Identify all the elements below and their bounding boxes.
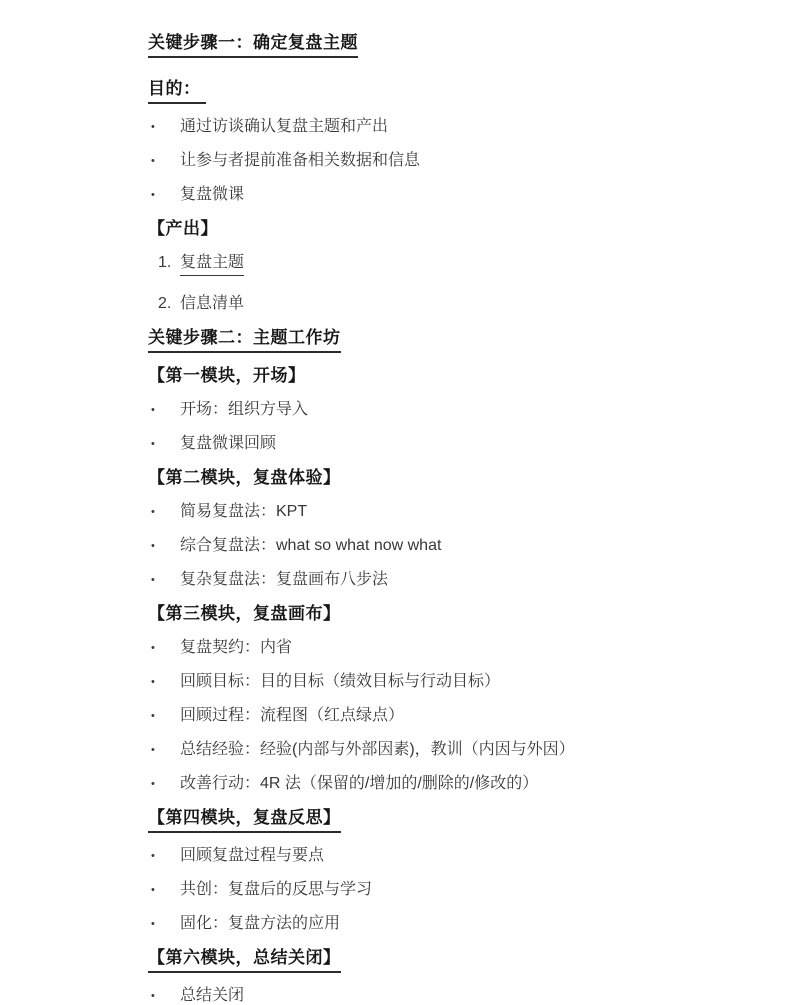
bullet-marker: • (148, 433, 180, 455)
bullet-text: 综合复盘法：what so what now what (180, 535, 441, 557)
bullet-item: •通过访谈确认复盘主题和产出 (148, 116, 740, 138)
bullet-text: 复盘微课 (180, 184, 244, 206)
bullet-item: •复盘微课 (148, 184, 740, 206)
bullet-text: 总结关闭 (180, 985, 244, 1005)
bullet-marker: • (148, 773, 180, 795)
heading-row: 【产出】 (148, 218, 740, 240)
heading-row: 关键步骤一：确定复盘主题 (148, 32, 740, 58)
bullet-text: 复盘微课回顾 (180, 433, 276, 455)
bullet-marker: • (148, 879, 180, 901)
bullet-text: 简易复盘法：KPT (180, 501, 307, 523)
heading-row: 【第六模块，总结关闭】 (148, 947, 740, 973)
bullet-text: 回顾复盘过程与要点 (180, 845, 324, 867)
number-label: 2. (158, 293, 180, 315)
bullet-text: 总结经验：经验(内部与外部因素)，教训（内因与外因） (180, 739, 575, 761)
bullet-marker: • (148, 705, 180, 727)
number-label: 1. (158, 252, 180, 274)
heading-text: 【第二模块，复盘体验】 (148, 467, 341, 489)
bullet-text: 共创：复盘后的反思与学习 (180, 879, 372, 901)
bullet-item: •总结关闭 (148, 985, 740, 1005)
bullet-item: •回顾目标：目的目标（绩效目标与行动目标） (148, 671, 740, 693)
bullet-marker: • (148, 150, 180, 172)
bullet-marker: • (148, 739, 180, 761)
bullet-item: •开场：组织方导入 (148, 399, 740, 421)
bullet-text: 回顾目标：目的目标（绩效目标与行动目标） (180, 671, 500, 693)
bullet-item: •共创：复盘后的反思与学习 (148, 879, 740, 901)
heading-row: 关键步骤二：主题工作坊 (148, 327, 740, 353)
bullet-marker: • (148, 985, 180, 1005)
bullet-item: •回顾复盘过程与要点 (148, 845, 740, 867)
bullet-text: 复盘契约：内省 (180, 637, 292, 659)
document-page: 关键步骤一：确定复盘主题目的： •通过访谈确认复盘主题和产出•让参与者提前准备相… (0, 0, 800, 1005)
heading-row: 【第二模块，复盘体验】 (148, 467, 740, 489)
heading-text: 关键步骤二：主题工作坊 (148, 327, 341, 353)
bullet-text: 改善行动：4R 法（保留的/增加的/删除的/修改的） (180, 773, 538, 795)
bullet-marker: • (148, 637, 180, 659)
numbered-text: 复盘主题 (180, 252, 244, 276)
document-content: 关键步骤一：确定复盘主题目的： •通过访谈确认复盘主题和产出•让参与者提前准备相… (0, 0, 800, 1005)
heading-text: 【第六模块，总结关闭】 (148, 947, 341, 973)
bullet-text: 开场：组织方导入 (180, 399, 308, 421)
heading-text: 【产出】 (148, 218, 218, 240)
bullet-text: 让参与者提前准备相关数据和信息 (180, 150, 420, 172)
heading-row: 目的： (148, 78, 740, 104)
bullet-marker: • (148, 913, 180, 935)
numbered-item: 1.复盘主题 (148, 252, 740, 276)
bullet-item: •总结经验：经验(内部与外部因素)，教训（内因与外因） (148, 739, 740, 761)
bullet-item: •改善行动：4R 法（保留的/增加的/删除的/修改的） (148, 773, 740, 795)
bullet-marker: • (148, 116, 180, 138)
heading-row: 【第一模块，开场】 (148, 365, 740, 387)
bullet-item: •复盘微课回顾 (148, 433, 740, 455)
heading-row: 【第三模块，复盘画布】 (148, 603, 740, 625)
numbered-text: 信息清单 (180, 293, 244, 315)
bullet-item: •复盘契约：内省 (148, 637, 740, 659)
bullet-text: 回顾过程：流程图（红点绿点） (180, 705, 404, 727)
heading-text: 目的： (148, 78, 206, 104)
bullet-item: •简易复盘法：KPT (148, 501, 740, 523)
numbered-item: 2.信息清单 (148, 293, 740, 315)
bullet-marker: • (148, 845, 180, 867)
heading-text: 【第一模块，开场】 (148, 365, 306, 387)
heading-text: 【第三模块，复盘画布】 (148, 603, 341, 625)
bullet-item: •固化：复盘方法的应用 (148, 913, 740, 935)
bullet-item: •让参与者提前准备相关数据和信息 (148, 150, 740, 172)
bullet-marker: • (148, 671, 180, 693)
bullet-item: •综合复盘法：what so what now what (148, 535, 740, 557)
bullet-marker: • (148, 569, 180, 591)
bullet-marker: • (148, 535, 180, 557)
bullet-text: 通过访谈确认复盘主题和产出 (180, 116, 388, 138)
heading-text: 【第四模块，复盘反思】 (148, 807, 341, 833)
bullet-marker: • (148, 501, 180, 523)
bullet-marker: • (148, 399, 180, 421)
bullet-item: •回顾过程：流程图（红点绿点） (148, 705, 740, 727)
bullet-text: 复杂复盘法：复盘画布八步法 (180, 569, 388, 591)
heading-row: 【第四模块，复盘反思】 (148, 807, 740, 833)
bullet-marker: • (148, 184, 180, 206)
bullet-item: •复杂复盘法：复盘画布八步法 (148, 569, 740, 591)
bullet-text: 固化：复盘方法的应用 (180, 913, 340, 935)
heading-text: 关键步骤一：确定复盘主题 (148, 32, 358, 58)
